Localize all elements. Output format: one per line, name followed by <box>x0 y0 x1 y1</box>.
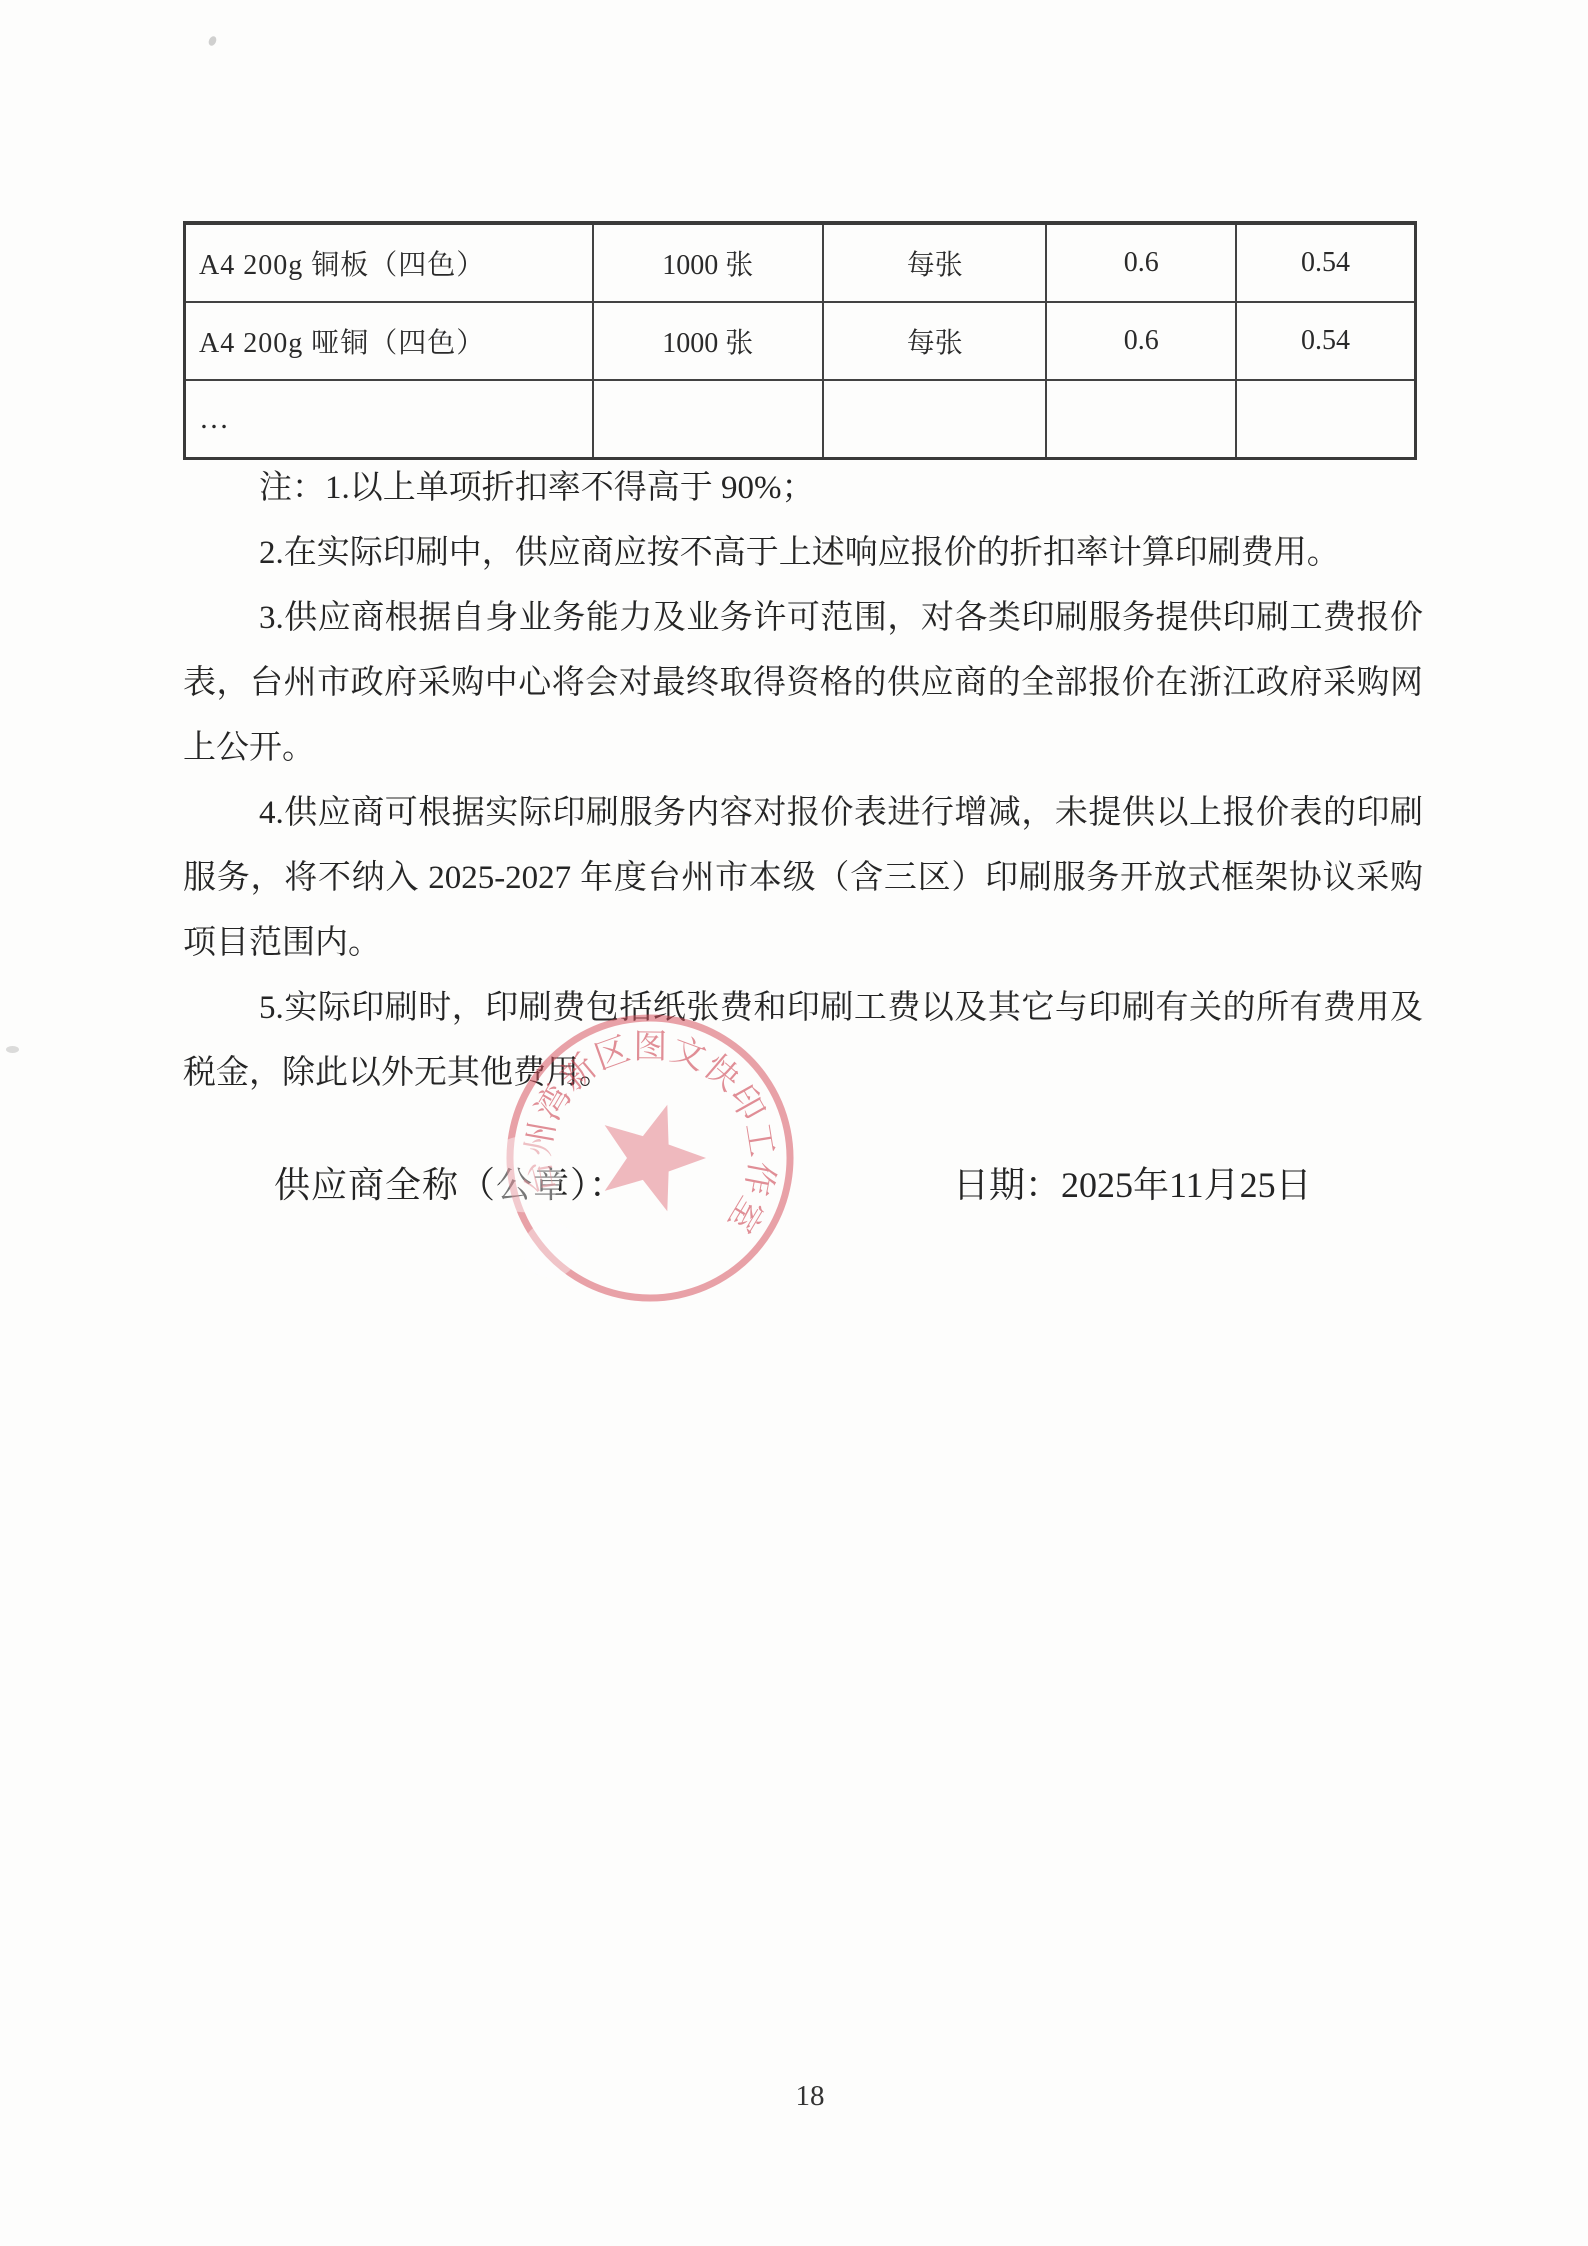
table-row: … <box>185 380 1416 459</box>
cell-unit: 每张 <box>823 223 1046 302</box>
cell-unit: 每张 <box>823 302 1046 380</box>
cell-price <box>1046 380 1236 459</box>
cell-qty: 1000 张 <box>593 302 823 380</box>
notes-section: 注：1.以上单项折扣率不得高于 90%； 2.在实际印刷中，供应商应按不高于上述… <box>183 456 1423 1106</box>
document-page: A4 200g 铜板（四色） 1000 张 每张 0.6 0.54 A4 200… <box>0 0 1588 2246</box>
price-table: A4 200g 铜板（四色） 1000 张 每张 0.6 0.54 A4 200… <box>183 221 1417 460</box>
cell-discount: 0.54 <box>1236 302 1416 380</box>
note-item: 4.供应商可根据实际印刷服务内容对报价表进行增减，未提供以上报价表的印刷服务，将… <box>183 781 1423 976</box>
note-item: 5.实际印刷时，印刷费包括纸张费和印刷工费以及其它与印刷有关的所有费用及税金，除… <box>183 976 1423 1106</box>
cell-qty: 1000 张 <box>593 223 823 302</box>
cell-price: 0.6 <box>1046 223 1236 302</box>
scan-speck <box>6 1046 19 1053</box>
date-label: 日期：2025年11月25日 <box>953 1160 1312 1210</box>
note-item: 3.供应商根据自身业务能力及业务许可范围，对各类印刷服务提供印刷工费报价表，台州… <box>183 586 1423 781</box>
note-item: 2.在实际印刷中，供应商应按不高于上述响应报价的折扣率计算印刷费用。 <box>183 521 1423 586</box>
cell-item: … <box>185 380 593 459</box>
cell-discount: 0.54 <box>1236 223 1416 302</box>
cell-item: A4 200g 哑铜（四色） <box>185 302 593 380</box>
note-item: 注：1.以上单项折扣率不得高于 90%； <box>183 456 1423 521</box>
page-number: 18 <box>0 2080 1588 2113</box>
supplier-signature-label: 供应商全称（公章）： <box>274 1160 626 1210</box>
cell-price: 0.6 <box>1046 302 1236 380</box>
cell-item: A4 200g 铜板（四色） <box>185 223 593 302</box>
cell-unit <box>823 380 1046 459</box>
table-row: A4 200g 哑铜（四色） 1000 张 每张 0.6 0.54 <box>185 302 1416 380</box>
cell-qty <box>593 380 823 459</box>
table-row: A4 200g 铜板（四色） 1000 张 每张 0.6 0.54 <box>185 223 1416 302</box>
cell-discount <box>1236 380 1416 459</box>
scan-speck <box>207 35 218 47</box>
